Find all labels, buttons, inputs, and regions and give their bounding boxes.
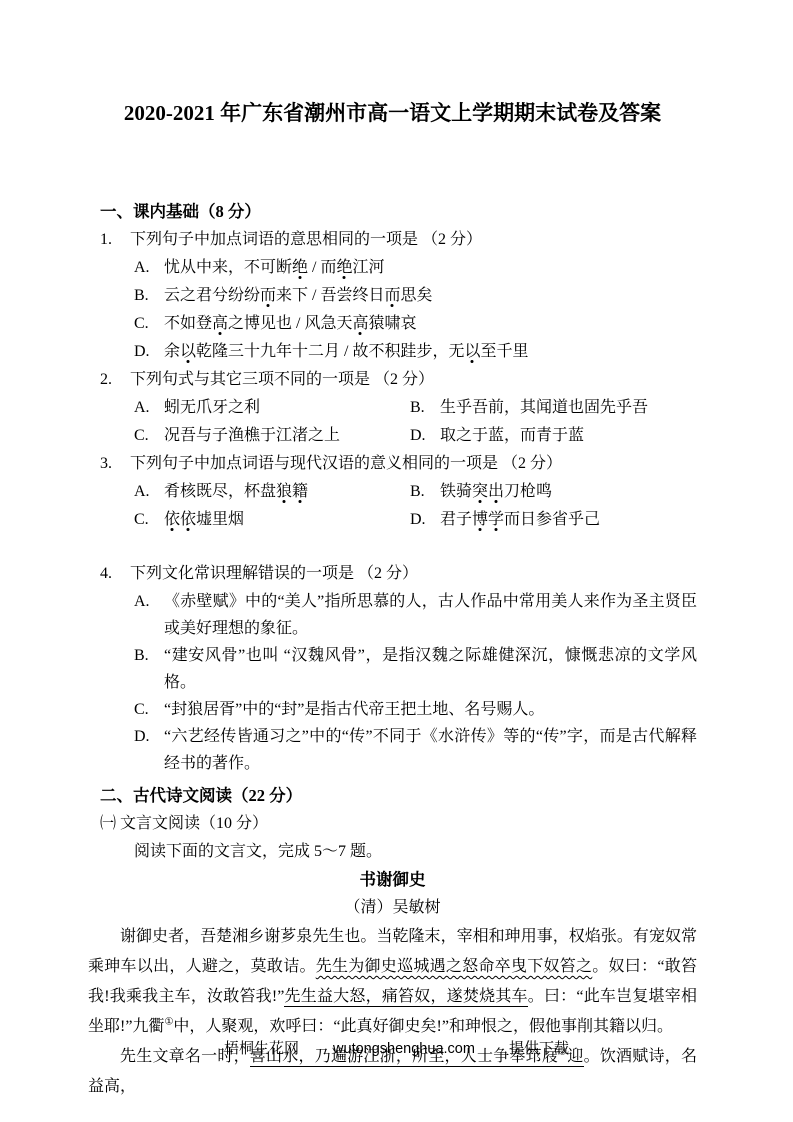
footer-site-name: 梧桐生花网	[224, 1038, 299, 1060]
emphasized-char: 以	[180, 343, 196, 360]
option-label: D.	[410, 506, 440, 534]
text-segment: 思矣	[401, 287, 433, 304]
emphasized-char: 狼	[276, 483, 292, 500]
option-text: “封狼居胥”中的“封”是指古代帝王把土地、名号赐人。	[164, 696, 697, 723]
option-text: 蚓无爪牙之利	[164, 399, 260, 416]
passage-paragraph-1: 谢御史者，吾楚湘乡谢芗泉先生也。当乾隆末，宰相和珅用事，权焰张。有宠奴常乘珅车以…	[88, 922, 697, 1042]
option-label: C.	[134, 506, 164, 534]
question-2-option-b: B.生乎吾前，其闻道也固先乎吾	[410, 394, 697, 422]
option-text: “六艺经传皆通习之”中的“传”不同于《水浒传》等的“传”字，而是古代解释经书的著…	[164, 723, 697, 777]
option-text: 不如登高之博见也 / 风急天高猿啸哀	[164, 315, 417, 332]
option-text: 生乎吾前，其闻道也固先乎吾	[440, 399, 648, 416]
question-3-option-d: D.君子博学而日参省乎己	[410, 506, 697, 534]
text-segment: 墟里烟	[196, 511, 244, 528]
section-basics: 一、课内基础（8 分） 1.下列句子中加点词语的意思相同的一项是 （2 分） A…	[100, 198, 697, 810]
text-segment: 之博见也 / 风急天	[228, 315, 352, 332]
option-text: 肴核既尽，杯盘狼籍	[164, 483, 308, 500]
text-segment: 肴核既尽，杯盘	[164, 483, 276, 500]
text-segment: 忧从中来，不可断	[164, 259, 292, 276]
text-segment: 来下 / 吾尝终日	[276, 287, 384, 304]
option-label: B.	[134, 642, 164, 696]
emphasized-char: 出	[488, 483, 504, 500]
option-text: 依依墟里烟	[164, 511, 244, 528]
option-label: A.	[134, 588, 164, 642]
option-text: 铁骑突出刀枪鸣	[440, 483, 552, 500]
question-1-option-c: C.不如登高之博见也 / 风急天高猿啸哀	[134, 310, 697, 338]
option-label: C.	[134, 696, 164, 723]
question-3-option-a: A.肴核既尽，杯盘狼籍	[134, 478, 410, 506]
document-page: 2020-2021 年广东省潮州市高一语文上学期期末试卷及答案 一、课内基础（8…	[0, 0, 793, 1122]
text-segment: 刀枪鸣	[504, 483, 552, 500]
emphasized-char: 而	[384, 287, 400, 304]
question-3-option-c: C.依依墟里烟	[134, 506, 410, 534]
emphasized-char: 依	[164, 511, 180, 528]
option-text: 云之君兮纷纷而来下 / 吾尝终日而思矣	[164, 287, 433, 304]
option-label: B.	[410, 478, 440, 506]
question-1-option-a: A.忧从中来，不可断绝 / 而绝江河	[134, 254, 697, 282]
option-label: A.	[134, 394, 164, 422]
footer-download-label: 提供下载	[509, 1038, 569, 1060]
option-text: 忧从中来，不可断绝 / 而绝江河	[164, 259, 385, 276]
option-text: 取之于蓝，而青于蓝	[440, 427, 584, 444]
emphasized-char: 学	[488, 511, 504, 528]
question-2-options: A.蚓无爪牙之利 B.生乎吾前，其闻道也固先乎吾 C.况吾与子渔樵于江渚之上 D…	[134, 394, 697, 450]
passage-title: 书谢御史	[88, 866, 697, 894]
emphasized-char: 籍	[292, 483, 308, 500]
question-1-option-d: D.余以乾隆三十九年十二月 / 故不积跬步，无以至千里	[134, 338, 697, 366]
emphasized-char: 高	[212, 315, 228, 332]
question-1-stem: 1.下列句子中加点词语的意思相同的一项是 （2 分）	[100, 226, 697, 254]
question-3-options: A.肴核既尽，杯盘狼籍 B.铁骑突出刀枪鸣 C.依依墟里烟 D.君子博学而日参省…	[134, 478, 697, 534]
emphasized-char: 突	[472, 483, 488, 500]
question-stem-text: 下列句子中加点词语的意思相同的一项是 （2 分）	[130, 231, 482, 248]
option-text: 《赤壁赋》中的“美人”指所思慕的人，古人作品中常用美人来作为圣主贤臣或美好理想的…	[164, 588, 697, 642]
text-segment: 余	[164, 343, 180, 360]
text-segment: 江河	[353, 259, 385, 276]
question-4-option-a: A. 《赤壁赋》中的“美人”指所思慕的人，古人作品中常用美人来作为圣主贤臣或美好…	[134, 588, 697, 642]
question-1-option-b: B.云之君兮纷纷而来下 / 吾尝终日而思矣	[134, 282, 697, 310]
option-text: “建安风骨”也叫 “汉魏风骨”，是指汉魏之际雄健深沉，慷慨悲凉的文学风格。	[164, 642, 697, 696]
question-2: 2.下列句式与其它三项不同的一项是 （2 分） A.蚓无爪牙之利 B.生乎吾前，…	[100, 366, 697, 450]
option-label: B.	[410, 394, 440, 422]
document-title: 2020-2021 年广东省潮州市高一语文上学期期末试卷及答案	[88, 98, 697, 128]
question-stem-text: 下列句式与其它三项不同的一项是 （2 分）	[130, 371, 434, 388]
text-segment: 猿啸哀	[369, 315, 417, 332]
page-footer: 梧桐生花网 wutongshenghua.com 提供下载	[0, 1038, 793, 1060]
emphasized-char: 高	[352, 315, 368, 332]
option-text: 余以乾隆三十九年十二月 / 故不积跬步，无以至千里	[164, 343, 529, 360]
question-stem-text: 下列文化常识理解错误的一项是 （2 分）	[130, 565, 418, 582]
question-1: 1.下列句子中加点词语的意思相同的一项是 （2 分） A.忧从中来，不可断绝 /…	[100, 226, 697, 366]
question-4-option-d: D. “六艺经传皆通习之”中的“传”不同于《水浒传》等的“传”字，而是古代解释经…	[134, 723, 697, 777]
question-number: 1.	[100, 226, 130, 254]
section-1-heading: 一、课内基础（8 分）	[100, 198, 697, 226]
option-label: D.	[410, 422, 440, 450]
text-segment: 乾隆三十九年十二月 / 故不积跬步，无	[196, 343, 464, 360]
emphasized-char: 以	[464, 343, 480, 360]
question-2-option-c: C.况吾与子渔樵于江渚之上	[134, 422, 410, 450]
text-segment: 云之君兮纷纷	[164, 287, 260, 304]
text-segment-wavy: 先生为御史巡城遇之怒命卒曳下奴笞之	[316, 958, 593, 975]
passage-author: （清）吴敏树	[88, 894, 697, 922]
footer-site-url: wutongshenghua.com	[333, 1038, 475, 1060]
option-label: C.	[134, 310, 164, 338]
question-stem-text: 下列句子中加点词语与现代汉语的意义相同的一项是 （2 分）	[130, 455, 562, 472]
option-label: A.	[134, 478, 164, 506]
text-segment: / 而	[308, 259, 336, 276]
question-number: 4.	[100, 560, 130, 588]
question-2-stem: 2.下列句式与其它三项不同的一项是 （2 分）	[100, 366, 697, 394]
option-text: 君子博学而日参省乎己	[440, 511, 600, 528]
question-4-option-c: C. “封狼居胥”中的“封”是指古代帝王把土地、名号赐人。	[134, 696, 697, 723]
emphasized-char: 绝	[336, 259, 352, 276]
text-segment: 不如登	[164, 315, 212, 332]
option-text: 况吾与子渔樵于江渚之上	[164, 427, 340, 444]
question-3: 3.下列句子中加点词语与现代汉语的意义相同的一项是 （2 分） A.肴核既尽，杯…	[100, 450, 697, 534]
text-segment: 而日参省乎己	[504, 511, 600, 528]
option-label: D.	[134, 338, 164, 366]
reading-instruction: 阅读下面的文言文，完成 5～7 题。	[134, 838, 697, 866]
option-label: C.	[134, 422, 164, 450]
text-segment: 君子	[440, 511, 472, 528]
question-number: 3.	[100, 450, 130, 478]
option-label: D.	[134, 723, 164, 777]
emphasized-char: 依	[180, 511, 196, 528]
emphasized-char: 博	[472, 511, 488, 528]
question-3-option-b: B.铁骑突出刀枪鸣	[410, 478, 697, 506]
question-3-stem: 3.下列句子中加点词语与现代汉语的意义相同的一项是 （2 分）	[100, 450, 697, 478]
option-label: B.	[134, 282, 164, 310]
question-number: 2.	[100, 366, 130, 394]
emphasized-char: 绝	[292, 259, 308, 276]
question-2-option-d: D.取之于蓝，而青于蓝	[410, 422, 697, 450]
subsection-heading: ㈠ 文言文阅读（10 分）	[100, 810, 697, 838]
text-segment-u: 先生益大怒，痛笞奴，遂焚烧其车	[284, 988, 527, 1007]
question-4: 4.下列文化常识理解错误的一项是 （2 分） A. 《赤壁赋》中的“美人”指所思…	[100, 560, 697, 777]
question-4-option-b: B. “建安风骨”也叫 “汉魏风骨”，是指汉魏之际雄健深沉，慷慨悲凉的文学风格。	[134, 642, 697, 696]
emphasized-char: 而	[260, 287, 276, 304]
question-2-option-a: A.蚓无爪牙之利	[134, 394, 410, 422]
section-2-heading: 二、古代诗文阅读（22 分）	[100, 782, 697, 810]
option-label: A.	[134, 254, 164, 282]
text-segment: 至千里	[481, 343, 529, 360]
text-segment: 铁骑	[440, 483, 472, 500]
question-4-stem: 4.下列文化常识理解错误的一项是 （2 分）	[100, 560, 697, 588]
text-segment: 中，人聚观，欢呼曰：“此真好御史矣!”和珅恨之，假他事削其籍以归。	[173, 1018, 673, 1035]
